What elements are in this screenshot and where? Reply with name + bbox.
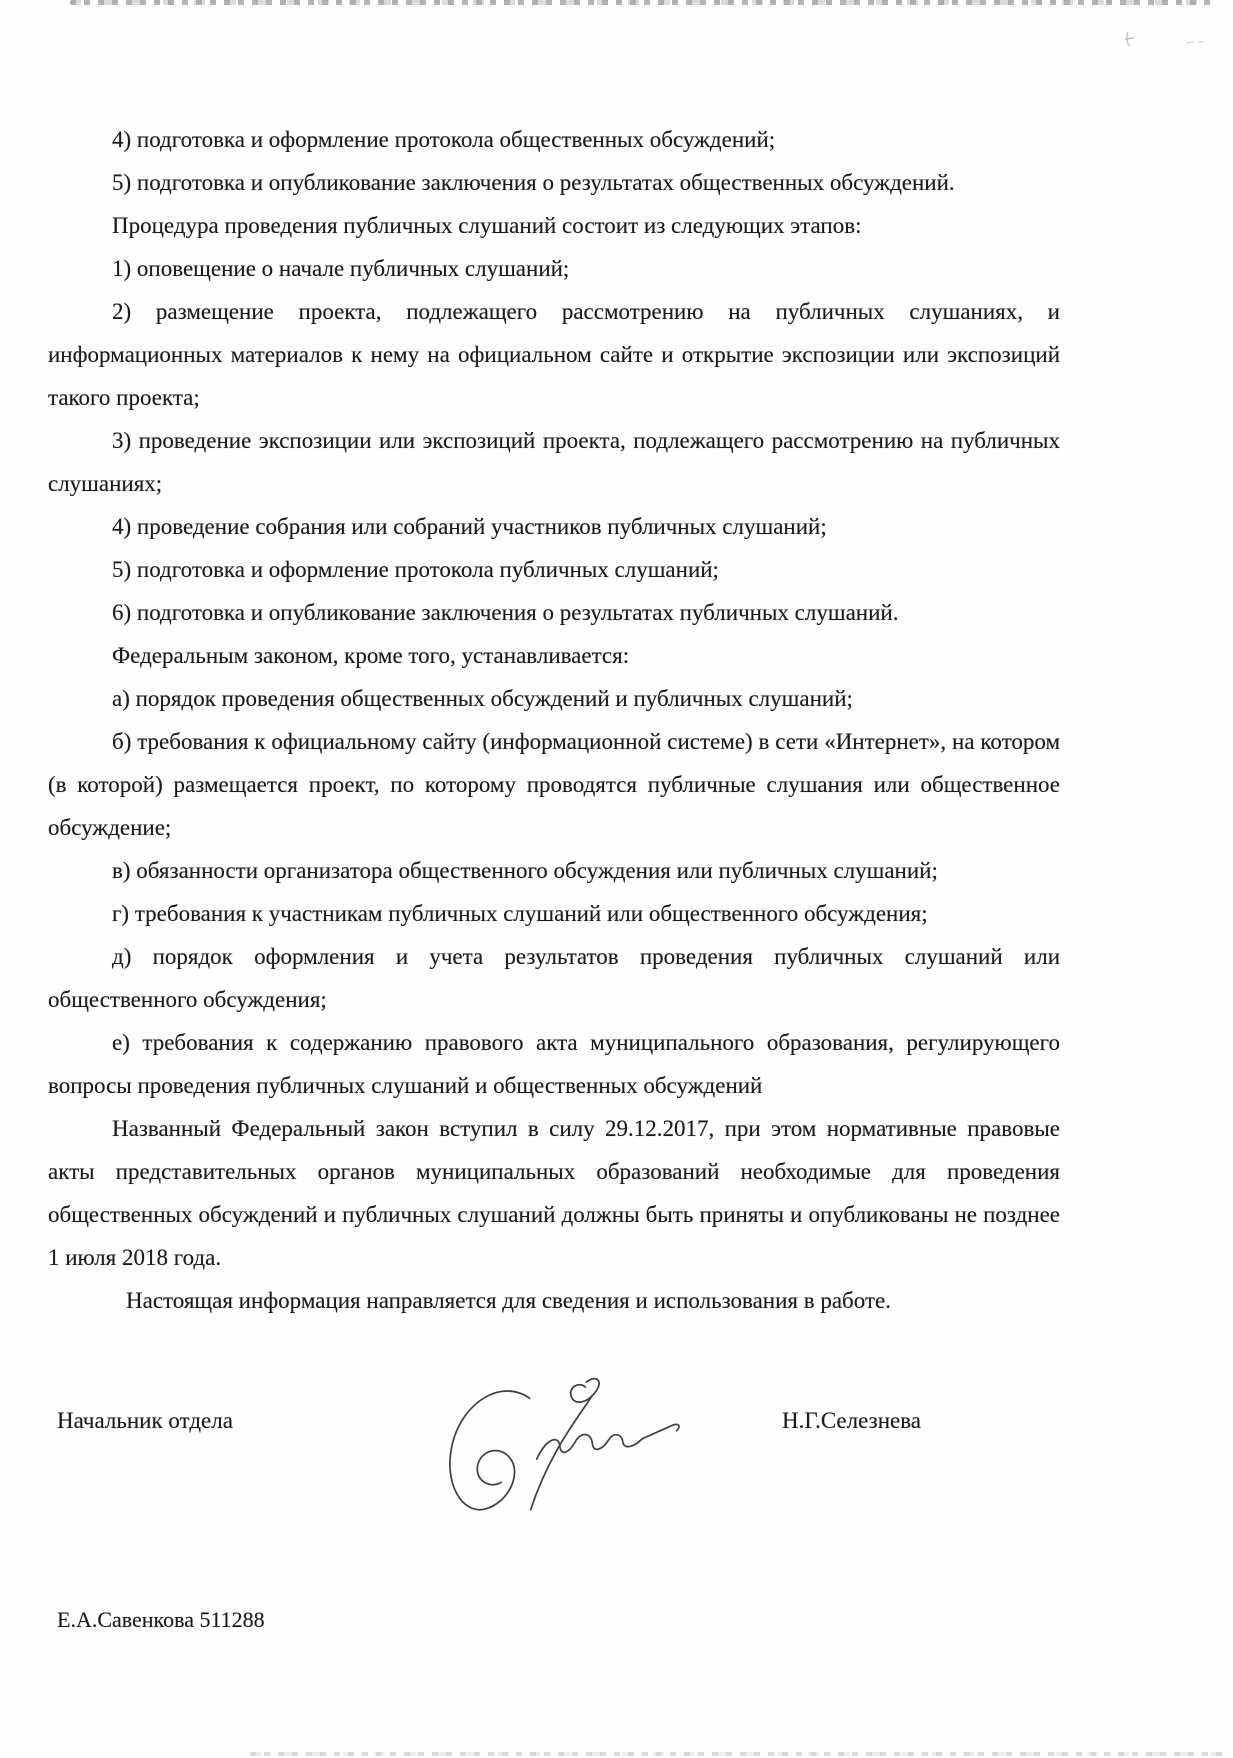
- signatory-role: Начальник отдела: [57, 1408, 233, 1434]
- paragraph: б) требования к официальному сайту (инфо…: [48, 720, 1060, 849]
- scan-artifact-bottom: [250, 1752, 1223, 1756]
- paragraph: 1) оповещение о начале публичных слушани…: [48, 247, 1060, 290]
- paragraph: а) порядок проведения общественных обсуж…: [48, 677, 1060, 720]
- document-body: 4) подготовка и оформление протокола общ…: [48, 118, 1060, 1322]
- paragraph: Настоящая информация направляется для св…: [48, 1279, 1060, 1322]
- signatory-name: Н.Г.Селезнева: [782, 1408, 921, 1434]
- scan-artifact-top: [70, 0, 1211, 5]
- paragraph: Названный Федеральный закон вступил в си…: [48, 1107, 1060, 1279]
- paragraph: 5) подготовка и опубликование заключения…: [48, 161, 1060, 204]
- paragraph: 2) размещение проекта, подлежащего рассм…: [48, 290, 1060, 419]
- paragraph: 3) проведение экспозиции или экспозиций …: [48, 419, 1060, 505]
- handwritten-signature: [430, 1374, 688, 1526]
- paragraph: д) порядок оформления и учета результато…: [48, 935, 1060, 1021]
- document-page: 4) подготовка и оформление протокола общ…: [0, 0, 1233, 1758]
- paragraph: Федеральным законом, кроме того, устанав…: [48, 634, 1060, 677]
- paragraph: в) обязанности организатора общественног…: [48, 849, 1060, 892]
- executor-reference: Е.А.Савенкова 511288: [57, 1607, 265, 1633]
- paragraph: 6) подготовка и опубликование заключения…: [48, 591, 1060, 634]
- paragraph: г) требования к участникам публичных слу…: [48, 892, 1060, 935]
- pencil-mark: [1120, 26, 1220, 54]
- paragraph: 4) подготовка и оформление протокола общ…: [48, 118, 1060, 161]
- paragraph: Процедура проведения публичных слушаний …: [48, 204, 1060, 247]
- paragraph: 4) проведение собрания или собраний учас…: [48, 505, 1060, 548]
- paragraph: е) требования к содержанию правового акт…: [48, 1021, 1060, 1107]
- paragraph: 5) подготовка и оформление протокола пуб…: [48, 548, 1060, 591]
